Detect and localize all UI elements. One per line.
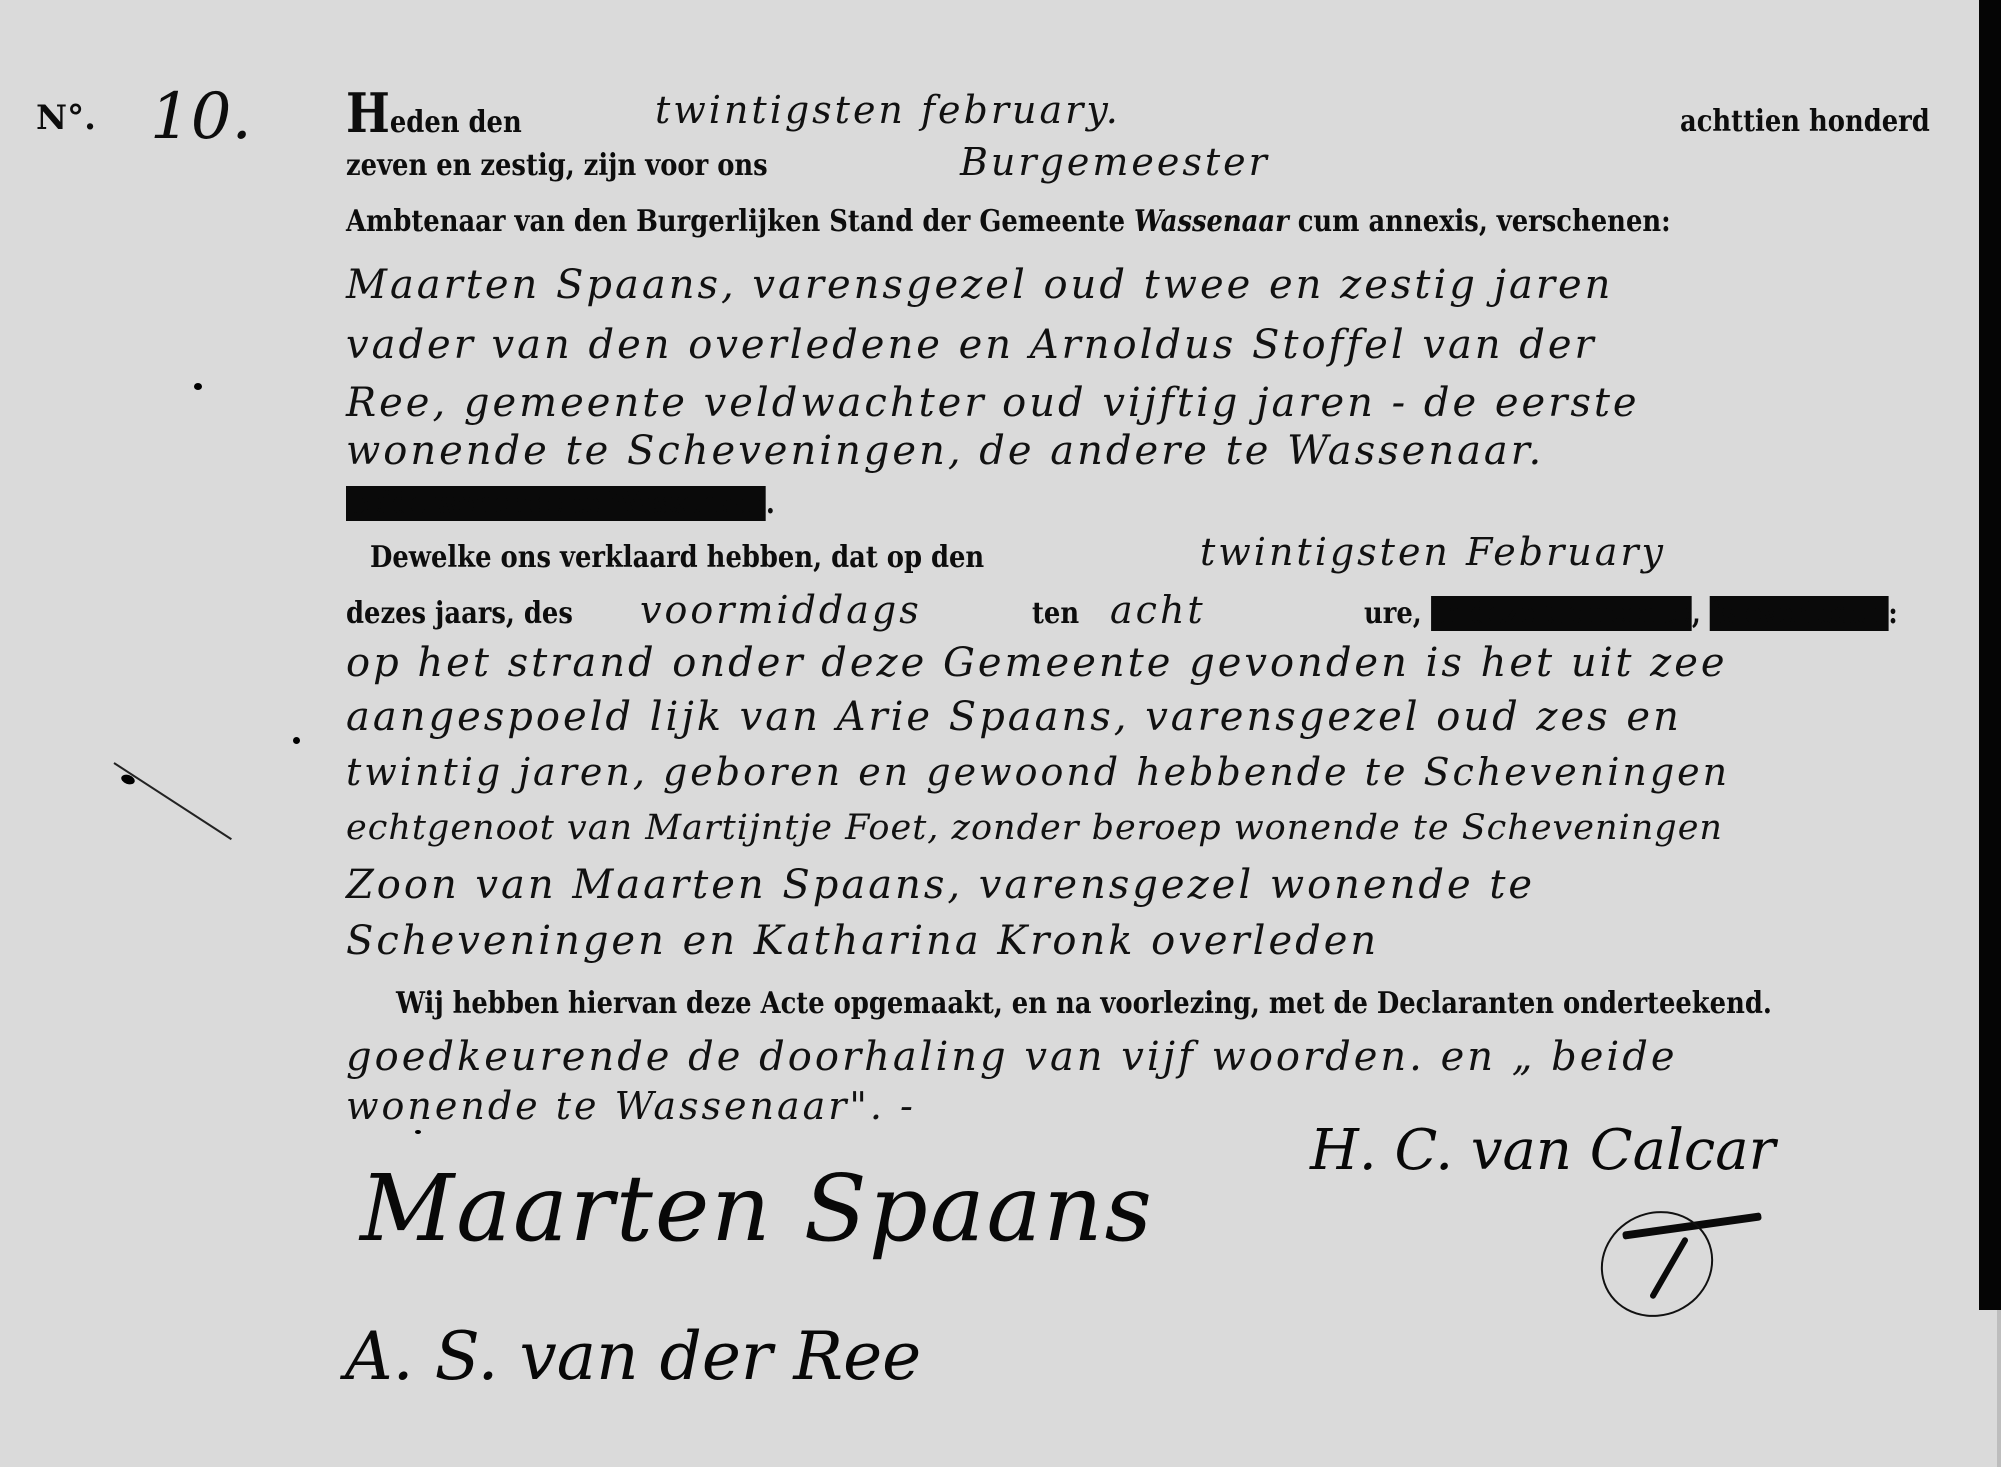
printed-text: Ambtenaar van den Burgerlijken Stand der… — [346, 204, 1125, 239]
handwritten-line-6: Ree, gemeente veldwachter oud vijftig ja… — [346, 380, 1640, 426]
printed-text: . — [766, 486, 775, 521]
printed-line-9: Dewelke ons verklaard hebben, dat op den — [370, 540, 984, 575]
printed-initial: H — [346, 81, 390, 145]
printed-text: cum annexis, verschenen: — [1298, 204, 1671, 239]
signature-declarant-2: A. S. van der Ree — [345, 1318, 921, 1395]
signature-flourish-loop — [1583, 1193, 1730, 1335]
printed-line-10c: ure, in deze Gemeente, is overleden: — [1364, 596, 1898, 631]
handwritten-line-7: wonende te Scheveningen, de andere te Wa… — [346, 428, 1544, 474]
scanned-record-page: N°. 10. Heden den twintigsten february. … — [0, 0, 2001, 1467]
handwritten-daypart: voormiddags — [640, 588, 922, 632]
struck-text: is overleden — [1710, 596, 1888, 631]
printed-text: ure, — [1364, 596, 1422, 631]
handwritten-line-16: Scheveningen en Katharina Kronk overlede… — [346, 918, 1379, 964]
record-number-value: 10. — [150, 80, 252, 154]
record-number-label: N°. — [36, 98, 96, 138]
ink-speck — [194, 383, 202, 390]
handwritten-line-12: aangespoeld lijk van Arie Spaans, varens… — [346, 694, 1682, 740]
signature-declarant-1: Maarten Spaans — [360, 1155, 1154, 1262]
printed-line-8: beide wonende te Wassenaar. — [346, 486, 775, 521]
signature-official: H. C. van Calcar — [1310, 1118, 1775, 1183]
ink-speck — [293, 737, 300, 744]
handwritten-line-15: Zoon van Maarten Spaans, varensgezel won… — [346, 862, 1535, 908]
scan-dark-edge — [1979, 0, 2001, 1310]
handwritten-official-title: Burgemeester — [960, 140, 1270, 184]
handwritten-hour: acht — [1110, 588, 1206, 632]
handwritten-line-4: Maarten Spaans, varensgezel oud twee en … — [346, 262, 1613, 308]
printed-text: : — [1888, 596, 1898, 631]
printed-closing-line: Wij hebben hiervan deze Acte opgemaakt, … — [396, 986, 1772, 1021]
printed-line-3: Ambtenaar van den Burgerlijken Stand der… — [346, 204, 1671, 239]
handwritten-date-2: twintigsten February — [1200, 530, 1666, 574]
printed-line-10a: dezes jaars, des — [346, 596, 573, 631]
handwritten-line-5: vader van den overledene en Arnoldus Sto… — [346, 322, 1597, 368]
struck-text: in deze Gemeente — [1431, 596, 1692, 631]
handwritten-line-13: twintig jaren, geboren en gewoond hebben… — [346, 750, 1730, 794]
printed-text: eden den — [390, 105, 522, 140]
handwritten-date: twintigsten february. — [655, 88, 1121, 132]
printed-municipality: Wassenaar — [1134, 204, 1289, 239]
handwritten-line-11: op het strand onder deze Gemeente gevond… — [346, 640, 1728, 686]
handwritten-line-14: echtgenoot van Martijntje Foet, zonder b… — [346, 808, 1723, 848]
handwritten-approval-line-1: goedkeurende de doorhaling van vijf woor… — [346, 1034, 1678, 1080]
scan-edge-shadow — [1997, 1310, 2001, 1467]
printed-line-10b: ten — [1032, 596, 1079, 631]
printed-century: achttien honderd — [1680, 104, 1930, 139]
handwritten-approval-line-2: wonende te Wassenaar". - — [346, 1084, 916, 1128]
ink-speck — [415, 1130, 421, 1134]
printed-line-1: Heden den — [346, 86, 522, 140]
struck-text: beide wonende te Wassenaar — [346, 486, 766, 521]
margin-scratch — [113, 762, 232, 840]
printed-line-2: zeven en zestig, zijn voor ons — [346, 148, 768, 183]
printed-text: , — [1692, 596, 1701, 631]
